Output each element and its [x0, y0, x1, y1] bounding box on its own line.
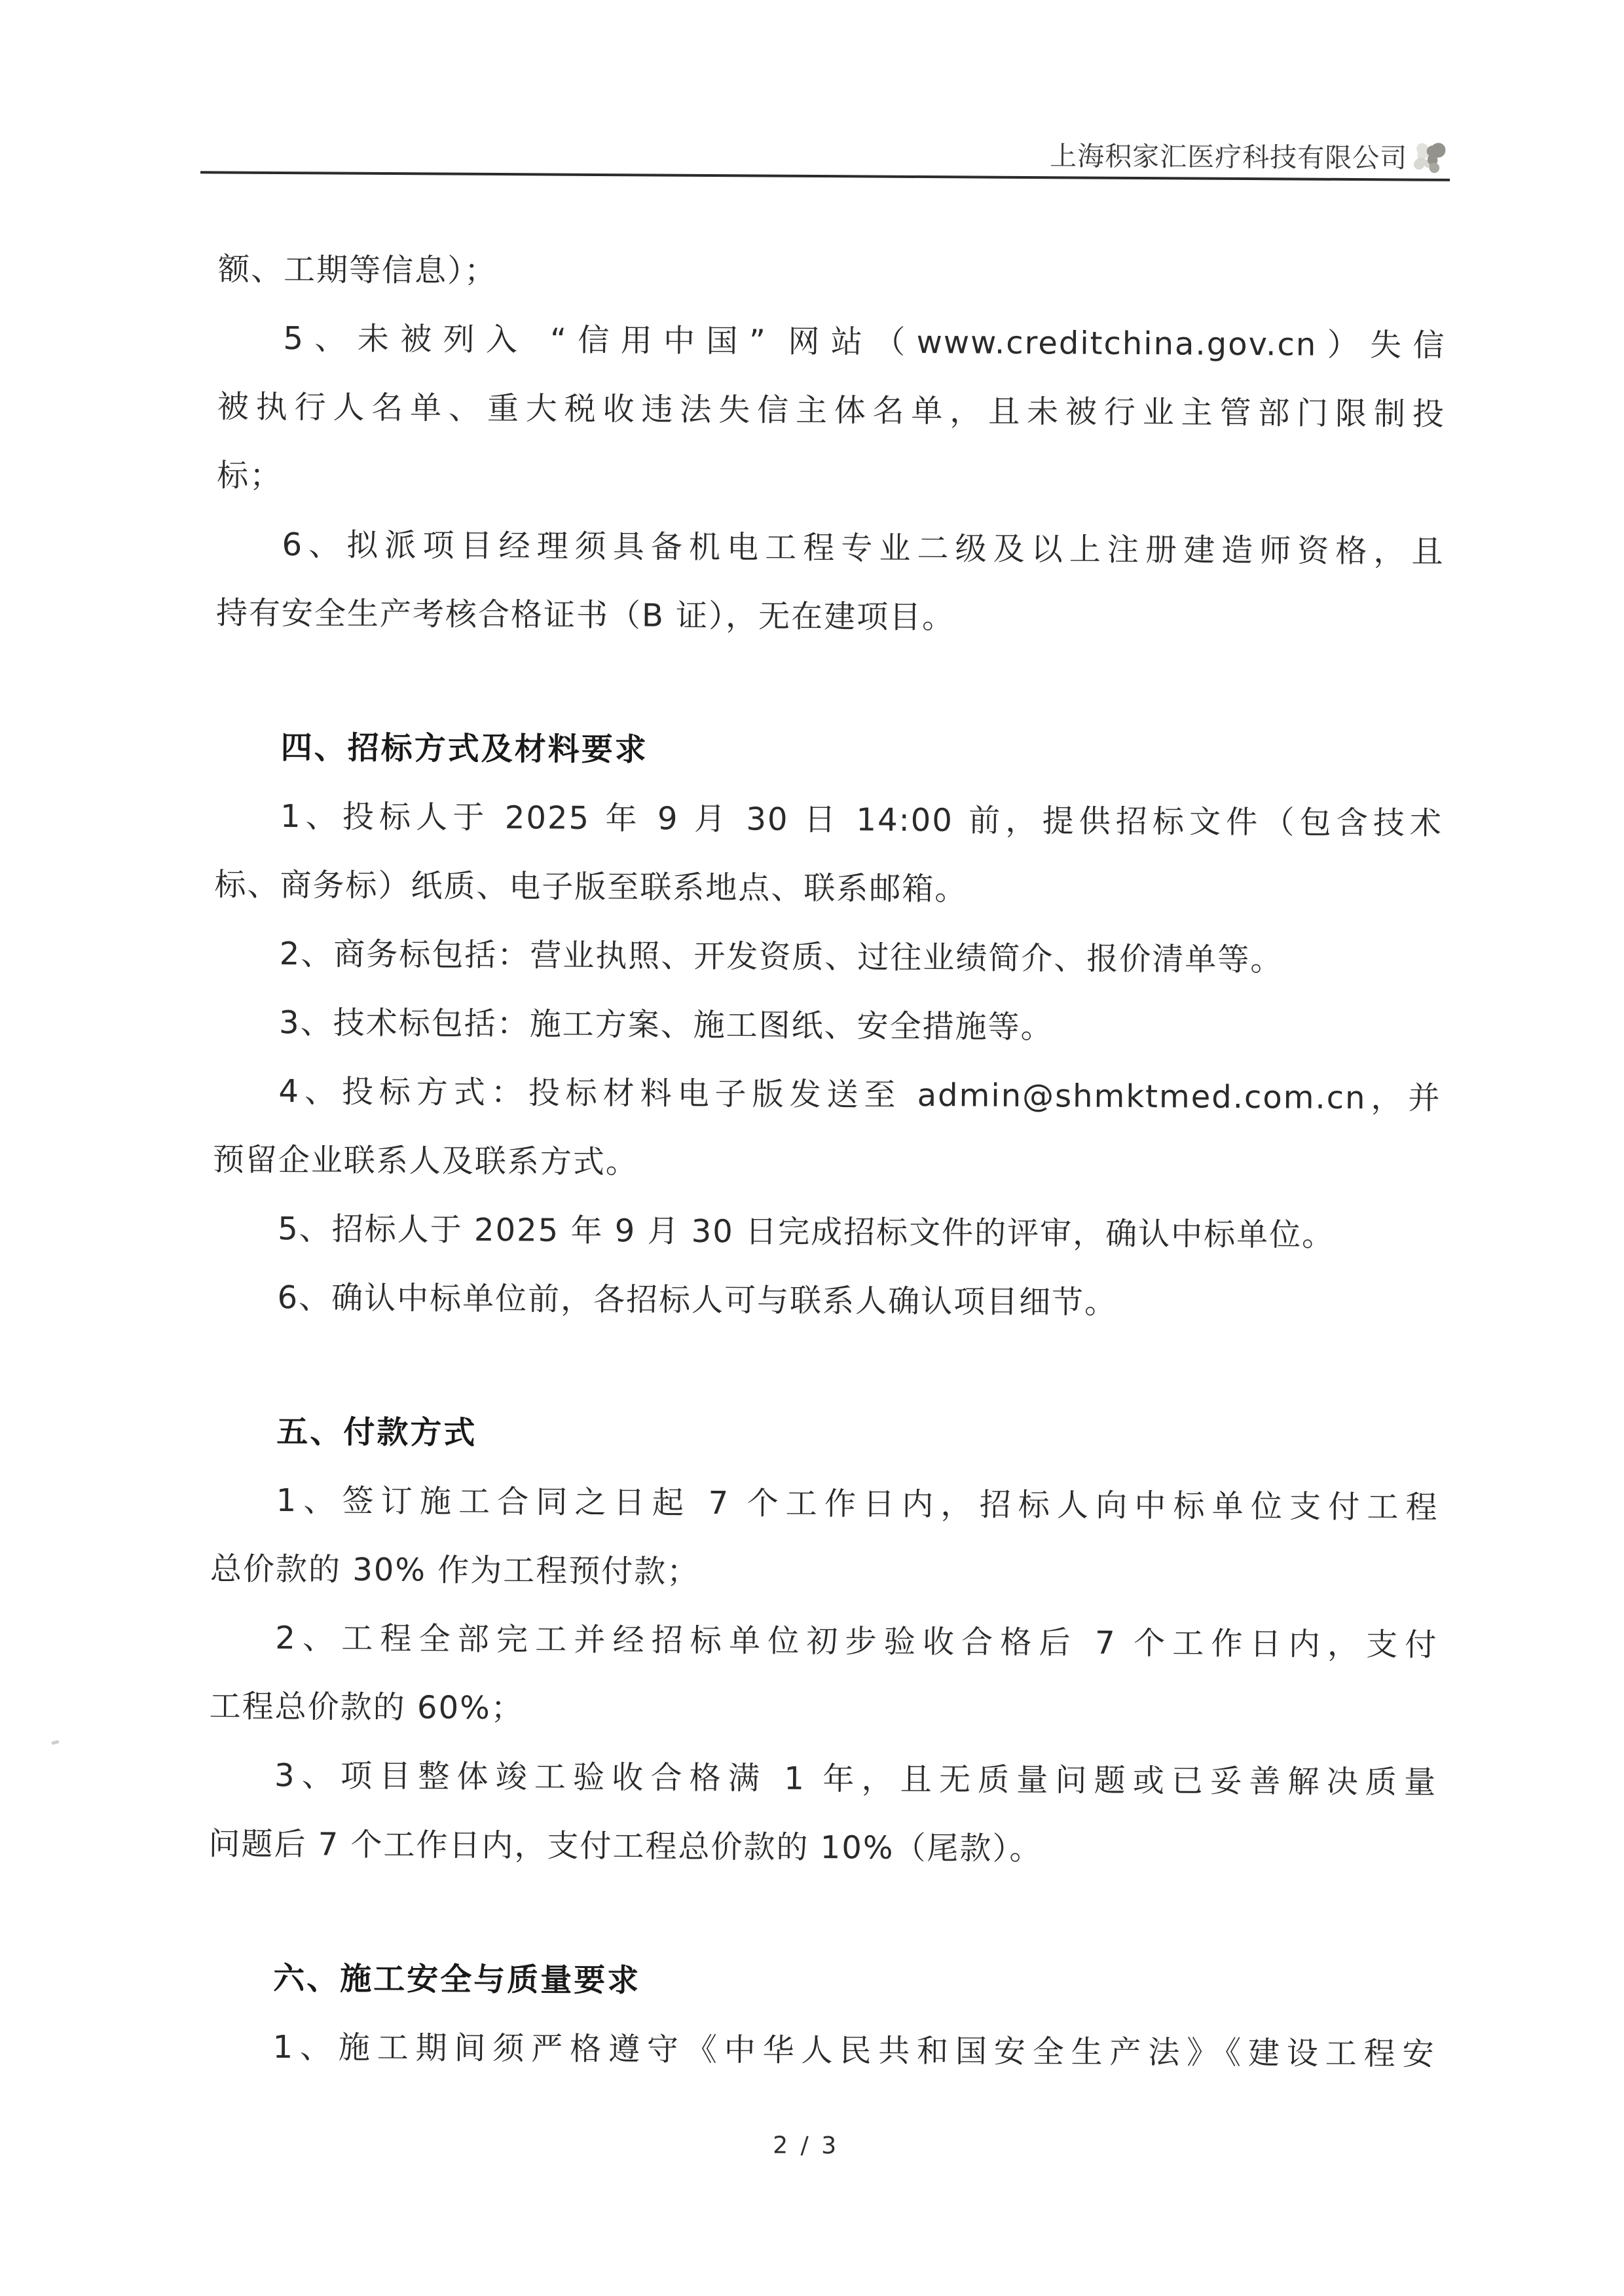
paragraph-line: 6、拟派项目经理须具备机电工程专业二级及以上注册建造师资格，且: [216, 510, 1445, 586]
paragraph-line: 4、投标方式：投标材料电子版发送至 admin@shmktmed.com.cn，…: [213, 1057, 1441, 1133]
section-heading: 四、招标方式及材料要求: [215, 713, 1443, 789]
paragraph-line: 1、施工期间须严格遵守《中华人民共和国安全生产法》《建设工程安: [207, 2013, 1435, 2088]
section-heading: 六、施工安全与质量要求: [208, 1944, 1436, 2020]
company-name: 上海积家汇医疗科技有限公司: [1050, 137, 1407, 176]
paragraph-line: 标；: [217, 441, 1445, 517]
paragraph-line: 3、项目整体竣工验收合格满 1 年，且无质量问题或已妥善解决质量: [209, 1741, 1437, 1817]
paragraph-line: 持有安全生产考核合格证书（B 证），无在建项目。: [216, 579, 1445, 655]
paragraph-line: 5、招标人于 2025 年 9 月 30 日完成招标文件的评审，确认中标单位。: [212, 1194, 1441, 1270]
paragraph-line: 2、商务标包括：营业执照、开发资质、过往业绩简介、报价清单等。: [213, 919, 1442, 995]
paragraph-line: 被执行人名单、重大税收违法失信主体名单，且未被行业主管部门限制投: [217, 373, 1446, 448]
document-page: 上海积家汇医疗科技有限公司 额、工期等信息）； 5、未被列入 “信用中国” 网站…: [0, 0, 1624, 2296]
section-heading: 五、付款方式: [211, 1397, 1439, 1473]
document-body: 额、工期等信息）； 5、未被列入 “信用中国” 网站（www.creditchi…: [207, 235, 1446, 2088]
paragraph-line: 5、未被列入 “信用中国” 网站（www.creditchina.gov.cn）…: [217, 304, 1446, 380]
paragraph-line: 标、商务标）纸质、电子版至联系地点、联系邮箱。: [214, 850, 1443, 926]
paragraph-line: 工程总价款的 60%；: [209, 1672, 1437, 1748]
paragraph-line: 1、签订施工合同之日起 7 个工作日内，招标人向中标单位支付工程: [210, 1466, 1439, 1542]
scan-speck: [51, 1740, 60, 1745]
page-number: 2 / 3: [0, 2118, 1618, 2174]
paragraph-line: 问题后 7 个工作日内，支付工程总价款的 10%（尾款）。: [208, 1810, 1437, 1886]
paragraph-line: 6、确认中标单位前，各招标人可与联系人确认项目细节。: [212, 1263, 1440, 1339]
paragraph-line: 1、投标人于 2025 年 9 月 30 日 14:00 前，提供招标文件（包含…: [215, 782, 1443, 858]
paragraph-line: 总价款的 30% 作为工程预付款；: [210, 1535, 1439, 1611]
paragraph-line: 额、工期等信息）；: [218, 235, 1447, 311]
paragraph-line: 3、技术标包括：施工方案、施工图纸、安全措施等。: [213, 988, 1442, 1064]
paragraph-line: 预留企业联系人及联系方式。: [213, 1125, 1441, 1201]
paragraph-line: 2、工程全部完工并经招标单位初步验收合格后 7 个工作日内，支付: [210, 1603, 1438, 1679]
